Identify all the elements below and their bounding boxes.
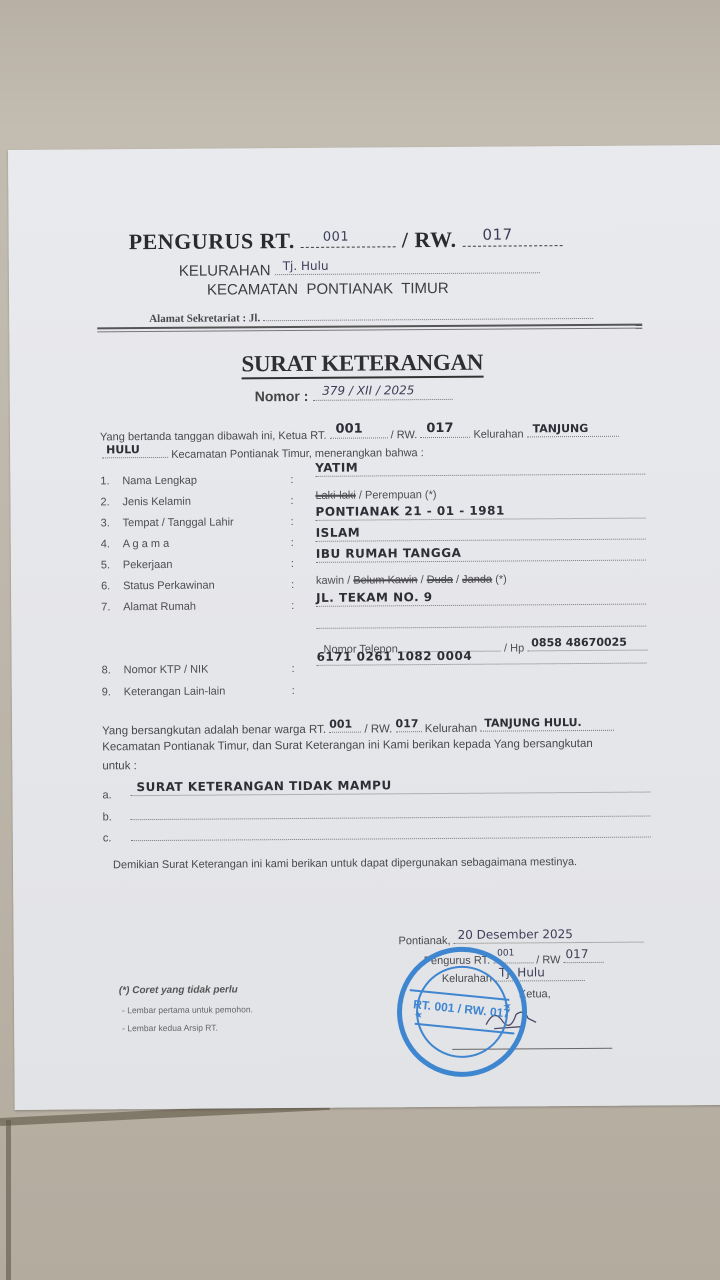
field-colon: : <box>291 516 294 528</box>
statement-line-2: Kecamatan Pontianak Timur, dan Surat Ket… <box>102 738 593 753</box>
field-num: 1. <box>100 475 114 487</box>
intro-kel-field: TANJUNG <box>527 424 619 438</box>
intro-kel-cont-value: HULU <box>106 443 140 456</box>
statement-rt-value: 001 <box>329 718 352 731</box>
field-num: 2. <box>100 496 114 508</box>
statement-kel-field: TANJUNG HULU. <box>480 718 614 732</box>
field-label: Keterangan Lain-lain <box>124 685 226 698</box>
kelurahan-value: Tj. Hulu <box>283 259 329 273</box>
field-num: 8. <box>102 664 116 676</box>
field-label: Tempat / Tanggal Lahir <box>123 516 234 529</box>
nomor-field: 379 / XII / 2025 <box>312 385 452 401</box>
status-struck: Duda <box>427 574 453 586</box>
field-num: 5. <box>101 559 115 571</box>
ttl-field: PONTIANAK 21 - 01 - 1981 <box>315 504 645 521</box>
nik-value: 6171 0261 1082 0004 <box>316 649 472 664</box>
statement-kel-value: TANJUNG HULU. <box>484 716 581 730</box>
footnote-line-2: - Lembar kedua Arsip RT. <box>122 1023 218 1034</box>
alamat-field: JL. TEKAM NO. 9 <box>316 590 646 607</box>
purpose-c: c. <box>103 828 663 850</box>
signature-place-date: Pontianak, 20 Desember 2025 <box>398 930 643 948</box>
statement-rt-field: 001 <box>329 720 361 733</box>
intro-text-2: Kecamatan Pontianak Timur, menerangkan b… <box>171 447 424 461</box>
statement-line-1: Yang bersangkutan adalah benar warga RT.… <box>102 718 614 738</box>
alamat-sekretariat: Alamat Sekretariat : Jl. <box>149 310 593 325</box>
footnote-title: (*) Coret yang tidak perlu <box>119 984 238 996</box>
purpose-letter: c. <box>103 832 117 844</box>
status-struck: Belum Kawin <box>353 574 417 586</box>
footnote-line-1: - Lembar pertama untuk pemohon. <box>122 1004 253 1015</box>
field-label: Nomor KTP / NIK <box>124 664 209 677</box>
header-title: PENGURUS RT. 001 / RW. 017 <box>129 226 563 255</box>
header-rw-label: / RW. <box>402 227 457 252</box>
statement-line-3: untuk : <box>102 760 137 772</box>
sig-rw-value: 017 <box>565 947 588 961</box>
statement-rw-field: 017 <box>395 719 421 732</box>
intro-text: Yang bertanda tanggan dibawah ini, Ketua… <box>100 430 327 444</box>
field-colon: : <box>291 600 294 612</box>
field-colon: : <box>291 558 294 570</box>
ttl-value: PONTIANAK 21 - 01 - 1981 <box>315 504 504 519</box>
intro-rw-value: 017 <box>426 421 453 436</box>
intro-rt-field: 001 <box>329 425 387 438</box>
field-colon: : <box>292 663 295 675</box>
field-num: 7. <box>101 601 115 613</box>
field-colon: : <box>292 685 295 697</box>
status-suffix: (*) <box>495 574 507 586</box>
kept-option: / Perempuan (*) <box>359 489 437 502</box>
statement-rw-label: / RW. <box>364 723 392 735</box>
nama-value: YATIM <box>315 461 358 475</box>
header-rw-value: 017 <box>482 225 512 243</box>
intro-rw-label: / RW. <box>391 429 418 441</box>
nomor-label: Nomor : <box>255 388 309 404</box>
nama-field: YATIM <box>315 460 645 477</box>
status-kept: kawin <box>316 575 344 587</box>
agama-value: ISLAM <box>316 526 361 540</box>
intro-kel-cont-field: HULU <box>102 445 168 458</box>
field-num: 9. <box>102 686 116 698</box>
field-label: Alamat Rumah <box>123 601 196 614</box>
intro-rt-value: 001 <box>335 422 362 437</box>
nik-field: 6171 0261 1082 0004 <box>317 649 647 666</box>
header-rw-field: 017 <box>463 245 563 247</box>
closing-text: Demikian Surat Keterangan ini kami berik… <box>113 856 577 871</box>
pekerjaan-field: IBU RUMAH TANGGA <box>316 546 646 563</box>
field-colon: : <box>290 474 293 486</box>
header-kelurahan: KELURAHAN Tj. Hulu <box>179 258 540 280</box>
purpose-letter: a. <box>102 789 116 801</box>
header-rt-label: PENGURUS RT. <box>129 228 295 254</box>
purpose-letter: b. <box>103 811 117 823</box>
hp-value: 0858 48670025 <box>531 636 627 650</box>
intro-kel-label: Kelurahan <box>473 428 523 440</box>
table-crack-vertical <box>6 1120 11 1280</box>
sig-rw-field: 017 <box>563 950 603 963</box>
field-colon: : <box>291 579 294 591</box>
statement-kel-label: Kelurahan <box>425 723 478 735</box>
purpose-a-field: SURAT KETERANGAN TIDAK MAMPU <box>130 778 650 797</box>
alamat-field <box>263 318 593 321</box>
field-label: Status Perkawinan <box>123 580 215 593</box>
status-struck: Janda <box>462 574 492 586</box>
nomor-row: Nomor : 379 / XII / 2025 <box>255 385 453 404</box>
field-row-nik: 8. Nomor KTP / NIK : 6171 0261 1082 0004 <box>102 660 662 682</box>
date-value: 20 Desember 2025 <box>457 927 572 942</box>
field-num: 4. <box>101 538 115 550</box>
jenis-kelamin-value: Laki-laki / Perempuan (*) <box>315 489 436 502</box>
alamat-value: JL. TEKAM NO. 9 <box>316 590 433 605</box>
status-value: kawin / Belum Kawin / Duda / Janda (*) <box>316 574 507 587</box>
sig-rt-value: 001 <box>497 948 514 958</box>
header-rt-value: 001 <box>323 230 349 245</box>
kelurahan-label: KELURAHAN <box>179 262 271 280</box>
header-kecamatan: KECAMATAN PONTIANAK TIMUR <box>207 280 449 299</box>
field-colon: : <box>291 537 294 549</box>
field-colon: : <box>290 495 293 507</box>
place-label: Pontianak, <box>398 935 450 947</box>
intro-kel-value: TANJUNG <box>533 422 589 435</box>
intro-line-2: HULU Kecamatan Pontianak Timur, menerang… <box>102 443 424 461</box>
field-num: 6. <box>101 580 115 592</box>
kelurahan-field: Tj. Hulu <box>275 258 540 275</box>
nomor-value: 379 / XII / 2025 <box>322 383 414 398</box>
field-row-alamat: 7. Alamat Rumah : JL. TEKAM NO. 9 <box>101 597 661 619</box>
intro-line-1: Yang bertanda tanggan dibawah ini, Ketua… <box>100 424 619 444</box>
purpose-a-value: SURAT KETERANGAN TIDAK MAMPU <box>136 778 391 794</box>
field-label: Jenis Kelamin <box>122 496 191 508</box>
agama-field: ISLAM <box>316 525 646 542</box>
stamp-star-icon: ★ <box>413 1010 423 1022</box>
pekerjaan-value: IBU RUMAH TANGGA <box>316 546 462 561</box>
struck-option: Laki-laki <box>315 490 355 502</box>
field-label: Pekerjaan <box>123 559 173 571</box>
field-row-keterangan: 9. Keterangan Lain-lain : <box>102 682 662 704</box>
letter-paper: PENGURUS RT. 001 / RW. 017 KELURAHAN Tj.… <box>8 145 720 1110</box>
field-label: Nama Lengkap <box>122 475 197 488</box>
purpose-b-field <box>131 802 651 821</box>
statement-text: Yang bersangkutan adalah benar warga RT. <box>102 724 326 738</box>
alamat-label: Alamat Sekretariat : Jl. <box>149 312 260 325</box>
header-rt-field: 001 <box>301 246 396 248</box>
stamp-star-icon: ★ <box>502 1001 512 1013</box>
statement-rw-value: 017 <box>395 717 418 730</box>
field-num: 3. <box>101 517 115 529</box>
intro-rw-field: 017 <box>420 425 470 438</box>
purpose-c-field <box>131 823 651 842</box>
alamat-field-line-2 <box>316 612 646 629</box>
date-field: 20 Desember 2025 <box>454 930 644 944</box>
letter-title: SURAT KETERANGAN <box>241 350 483 380</box>
field-label: A g a m a <box>123 538 170 550</box>
